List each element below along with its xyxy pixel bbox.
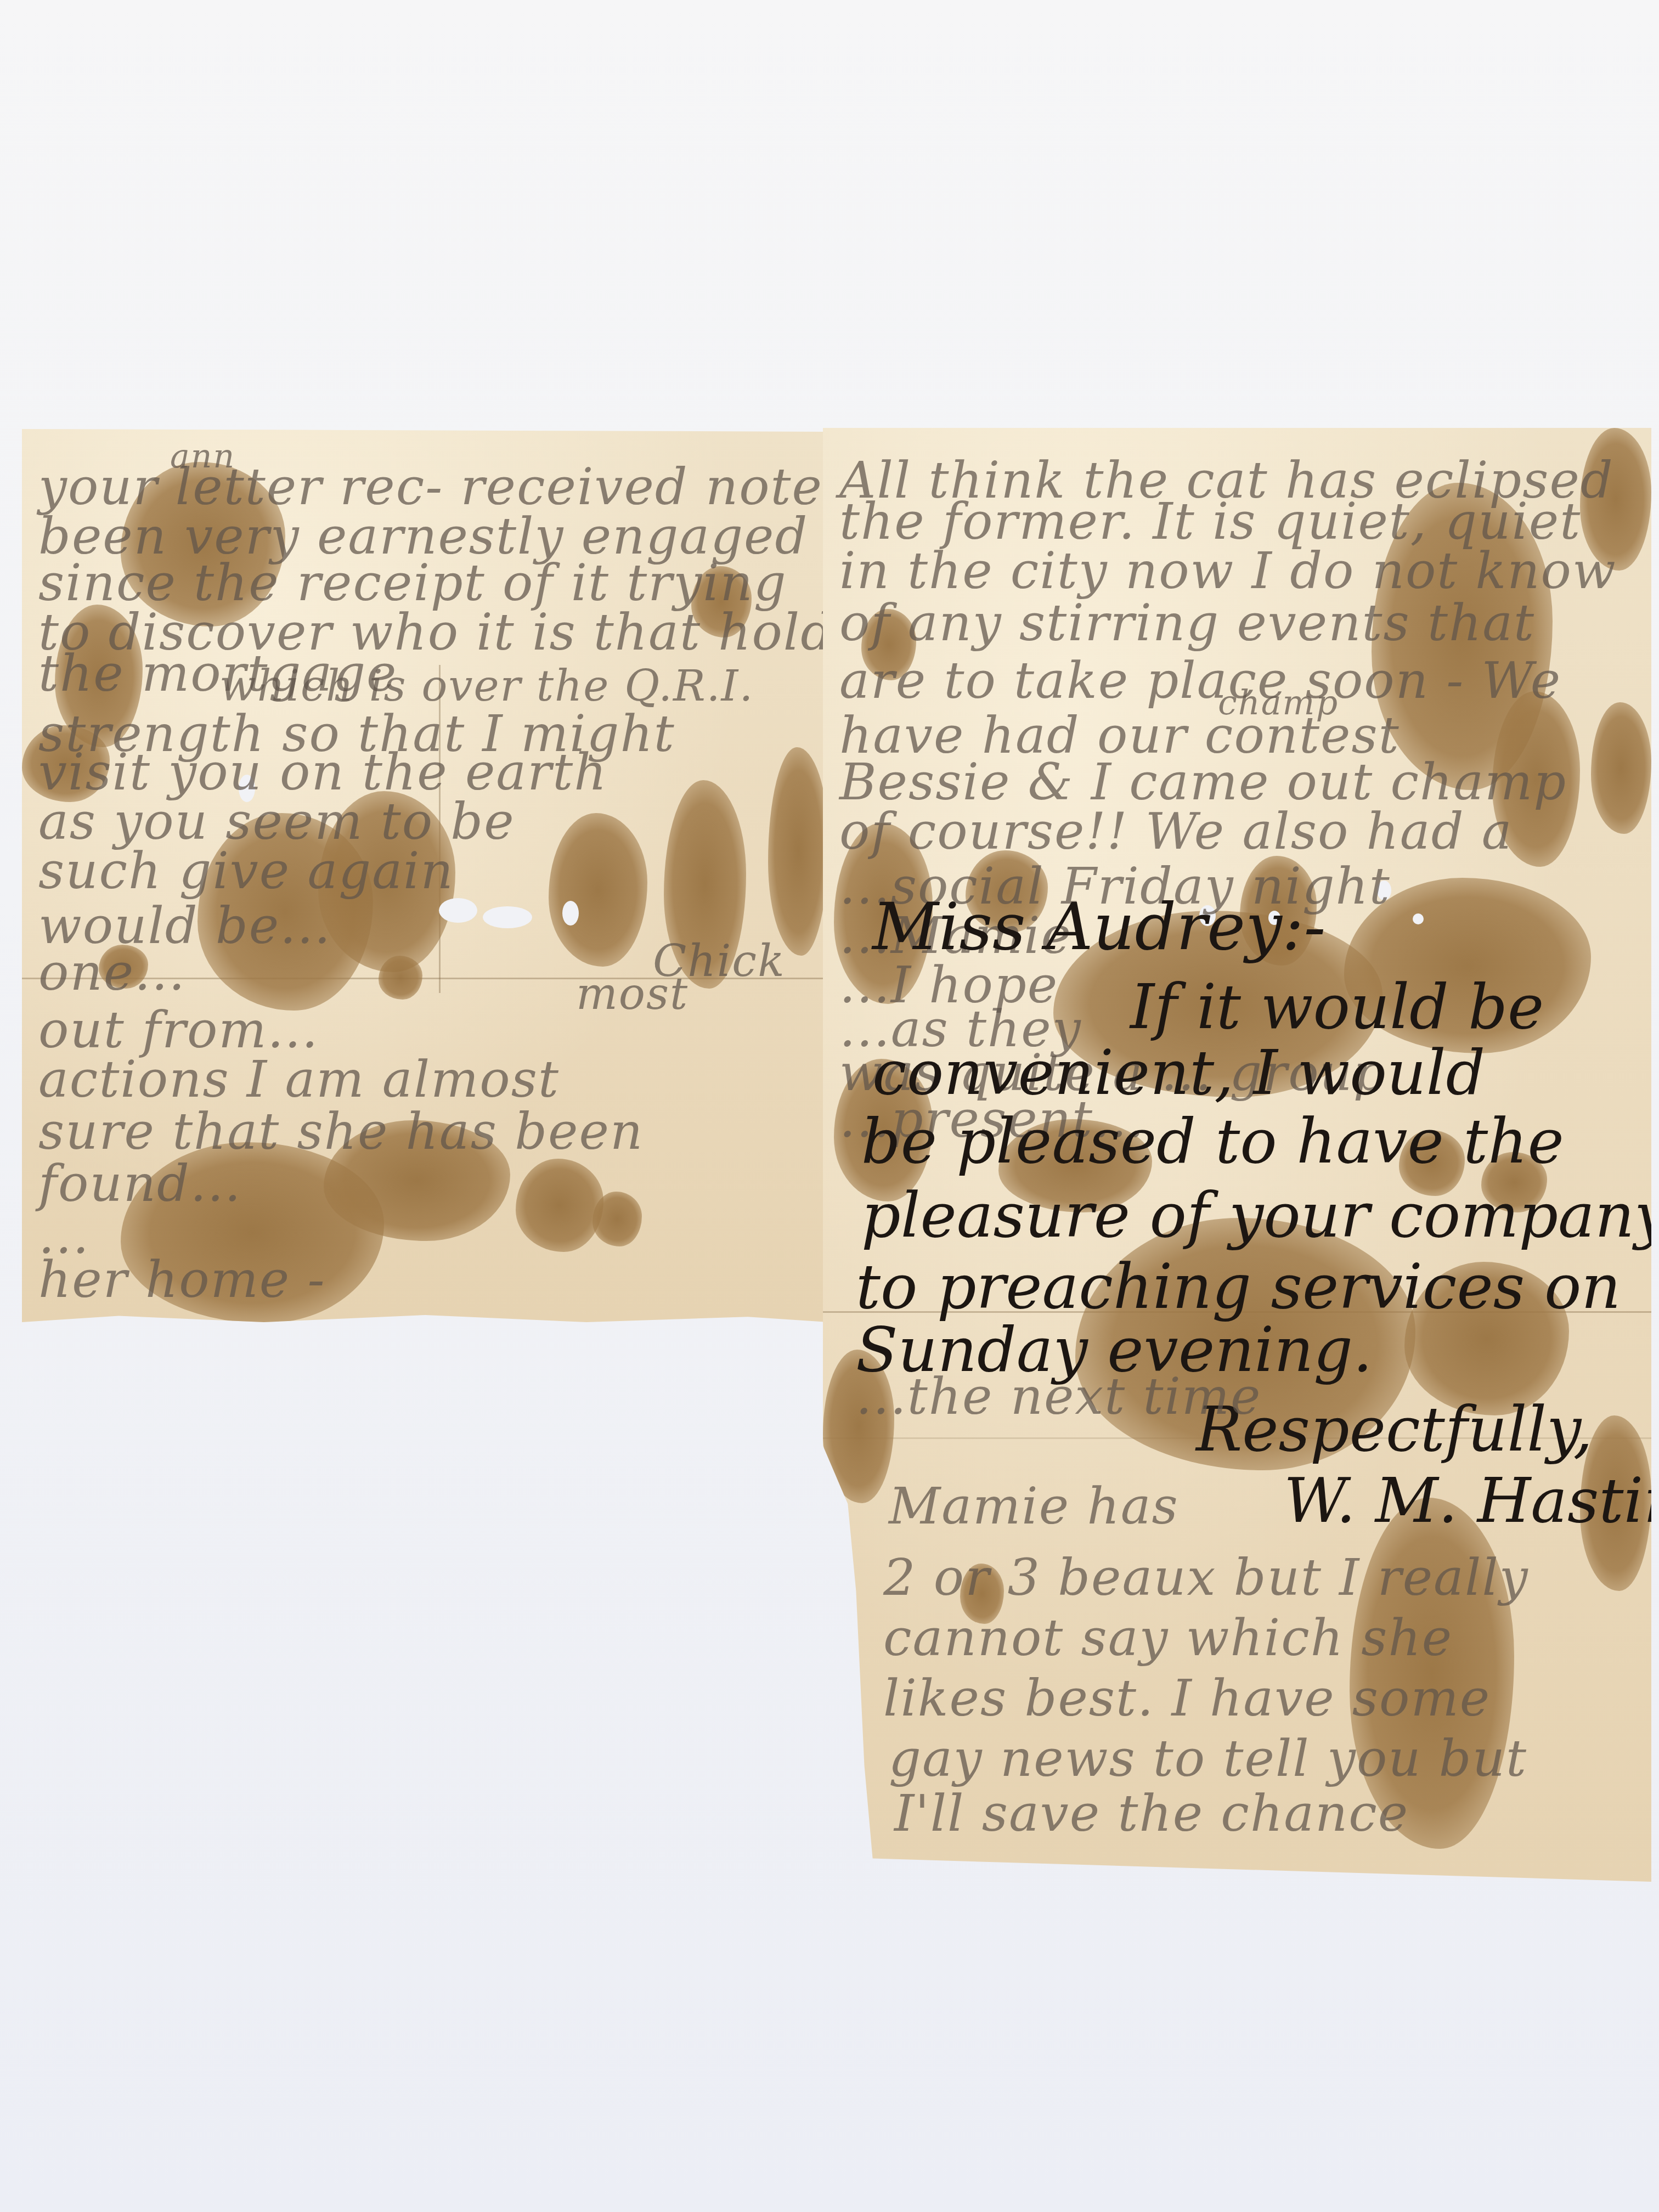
- pencil-line: found...: [38, 1159, 817, 1209]
- pencil-line: 2 or 3 beaux but I really: [883, 1553, 1640, 1603]
- pencil-line: since the receipt of it trying: [38, 558, 817, 608]
- pencil-line: cannot say which she: [883, 1613, 1640, 1663]
- pencil-line: the former. It is quiet, quiet: [839, 496, 1640, 547]
- pencil-line: of course!! We also had a: [839, 806, 1640, 857]
- pencil-line: visit you on the earth: [38, 747, 817, 798]
- pencil-line: Mamie has: [889, 1481, 1640, 1532]
- pencil-line: as you seem to be: [38, 797, 817, 847]
- pencil-line: your letter rec- received noted- I have: [38, 462, 817, 512]
- pencil-line: Bessie & I came out champ: [839, 757, 1640, 808]
- left-page: ann your letter rec- received noted- I h…: [22, 429, 828, 1322]
- ink-line: convenient, I would: [872, 1042, 1485, 1104]
- ink-line: be pleased to have the: [861, 1111, 1564, 1172]
- pencil-line: sure that she has been: [38, 1107, 817, 1157]
- pencil-line: likes best. I have some: [883, 1673, 1640, 1724]
- ink-salutation: Miss Audrey:-: [872, 894, 1325, 959]
- pencil-line: gay news to tell you but: [889, 1734, 1640, 1784]
- pencil-line: I'll save the chance: [894, 1788, 1640, 1839]
- pencil-line: out from...: [38, 1005, 817, 1056]
- pencil-line: her home -: [38, 1255, 817, 1305]
- pencil-line: of any stirring events that: [839, 598, 1640, 648]
- interlinear-note: which is over the Q.R.I.: [219, 665, 817, 708]
- ink-line: to preaching services on: [856, 1256, 1621, 1318]
- pencil-line: ...the next time: [856, 1372, 1640, 1422]
- ink-line: If it would be: [1130, 977, 1544, 1038]
- pencil-line: such give again: [38, 846, 817, 896]
- ink-line: pleasure of your company: [861, 1185, 1651, 1246]
- pencil-line: in the city now I do not know: [839, 546, 1640, 596]
- pencil-line: actions I am almost: [38, 1054, 817, 1105]
- right-page: All think the cat has eclipsed the forme…: [823, 428, 1651, 1882]
